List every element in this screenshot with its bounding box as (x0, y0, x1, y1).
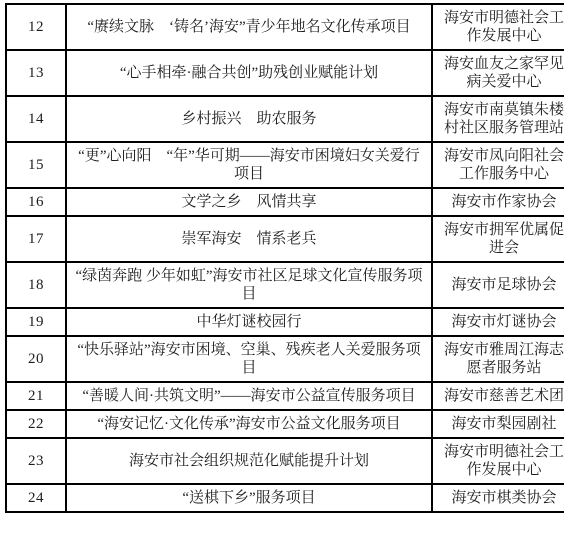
table-row: 16 文学之乡 风情共享 海安市作家协会 (6, 188, 564, 216)
project-name-cell: “心手相牵·融合共创”助残创业赋能计划 (66, 50, 432, 96)
row-number-cell: 20 (6, 336, 66, 382)
project-name-cell: “善暖人间·共筑文明”——海安市公益宣传服务项目 (66, 382, 432, 410)
table-row: 23 海安市社会组织规范化赋能提升计划 海安市明德社会工作发展中心 (6, 438, 564, 484)
row-number-cell: 24 (6, 484, 66, 512)
organization-name-cell: 海安市南莫镇朱楼村社区服务管理站 (432, 96, 564, 142)
table-row: 17 崇军海安 情系老兵 海安市拥军优属促进会 (6, 216, 564, 262)
organization-name-cell: 海安市明德社会工作发展中心 (432, 438, 564, 484)
table-body: 12 “赓续文脉 ‘铸名’海安”青少年地名文化传承项目 海安市明德社会工作发展中… (6, 4, 564, 512)
row-number-cell: 22 (6, 410, 66, 438)
table-row: 12 “赓续文脉 ‘铸名’海安”青少年地名文化传承项目 海安市明德社会工作发展中… (6, 4, 564, 50)
organization-name-cell: 海安市凤向阳社会工作服务中心 (432, 142, 564, 188)
table-row: 15 “更”心向阳 “年”华可期——海安市困境妇女关爱行项目 海安市凤向阳社会工… (6, 142, 564, 188)
organization-name-cell: 海安市拥军优属促进会 (432, 216, 564, 262)
project-name-cell: “绿茵奔跑 少年如虹”海安市社区足球文化宣传服务项目 (66, 262, 432, 308)
table-row: 18 “绿茵奔跑 少年如虹”海安市社区足球文化宣传服务项目 海安市足球协会 (6, 262, 564, 308)
organization-name-cell: 海安市慈善艺术团 (432, 382, 564, 410)
table-row: 24 “送棋下乡”服务项目 海安市棋类协会 (6, 484, 564, 512)
project-name-cell: “送棋下乡”服务项目 (66, 484, 432, 512)
table-row: 14 乡村振兴 助农服务 海安市南莫镇朱楼村社区服务管理站 (6, 96, 564, 142)
row-number-cell: 15 (6, 142, 66, 188)
project-name-cell: 乡村振兴 助农服务 (66, 96, 432, 142)
row-number-cell: 17 (6, 216, 66, 262)
project-name-cell: 文学之乡 风情共享 (66, 188, 432, 216)
project-name-cell: “更”心向阳 “年”华可期——海安市困境妇女关爱行项目 (66, 142, 432, 188)
table-row: 20 “快乐驿站”海安市困境、空巢、残疾老人关爱服务项目 海安市雅周江海志愿者服… (6, 336, 564, 382)
organization-name-cell: 海安市作家协会 (432, 188, 564, 216)
document-page: 12 “赓续文脉 ‘铸名’海安”青少年地名文化传承项目 海安市明德社会工作发展中… (0, 0, 564, 534)
table-row: 21 “善暖人间·共筑文明”——海安市公益宣传服务项目 海安市慈善艺术团 (6, 382, 564, 410)
organization-name-cell: 海安市棋类协会 (432, 484, 564, 512)
organization-name-cell: 海安市梨园剧社 (432, 410, 564, 438)
project-name-cell: 海安市社会组织规范化赋能提升计划 (66, 438, 432, 484)
row-number-cell: 13 (6, 50, 66, 96)
organization-name-cell: 海安血友之家罕见病关爱中心 (432, 50, 564, 96)
table-row: 13 “心手相牵·融合共创”助残创业赋能计划 海安血友之家罕见病关爱中心 (6, 50, 564, 96)
row-number-cell: 18 (6, 262, 66, 308)
project-name-cell: “赓续文脉 ‘铸名’海安”青少年地名文化传承项目 (66, 4, 432, 50)
row-number-cell: 16 (6, 188, 66, 216)
organization-name-cell: 海安市雅周江海志愿者服务站 (432, 336, 564, 382)
organization-name-cell: 海安市灯谜协会 (432, 308, 564, 336)
project-name-cell: 中华灯谜校园行 (66, 308, 432, 336)
row-number-cell: 12 (6, 4, 66, 50)
table-row: 22 “海安记忆·文化传承”海安市公益文化服务项目 海安市梨园剧社 (6, 410, 564, 438)
project-list-table: 12 “赓续文脉 ‘铸名’海安”青少年地名文化传承项目 海安市明德社会工作发展中… (5, 3, 564, 513)
organization-name-cell: 海安市明德社会工作发展中心 (432, 4, 564, 50)
row-number-cell: 21 (6, 382, 66, 410)
project-name-cell: “海安记忆·文化传承”海安市公益文化服务项目 (66, 410, 432, 438)
row-number-cell: 14 (6, 96, 66, 142)
project-name-cell: “快乐驿站”海安市困境、空巢、残疾老人关爱服务项目 (66, 336, 432, 382)
row-number-cell: 19 (6, 308, 66, 336)
row-number-cell: 23 (6, 438, 66, 484)
table-row: 19 中华灯谜校园行 海安市灯谜协会 (6, 308, 564, 336)
organization-name-cell: 海安市足球协会 (432, 262, 564, 308)
project-name-cell: 崇军海安 情系老兵 (66, 216, 432, 262)
